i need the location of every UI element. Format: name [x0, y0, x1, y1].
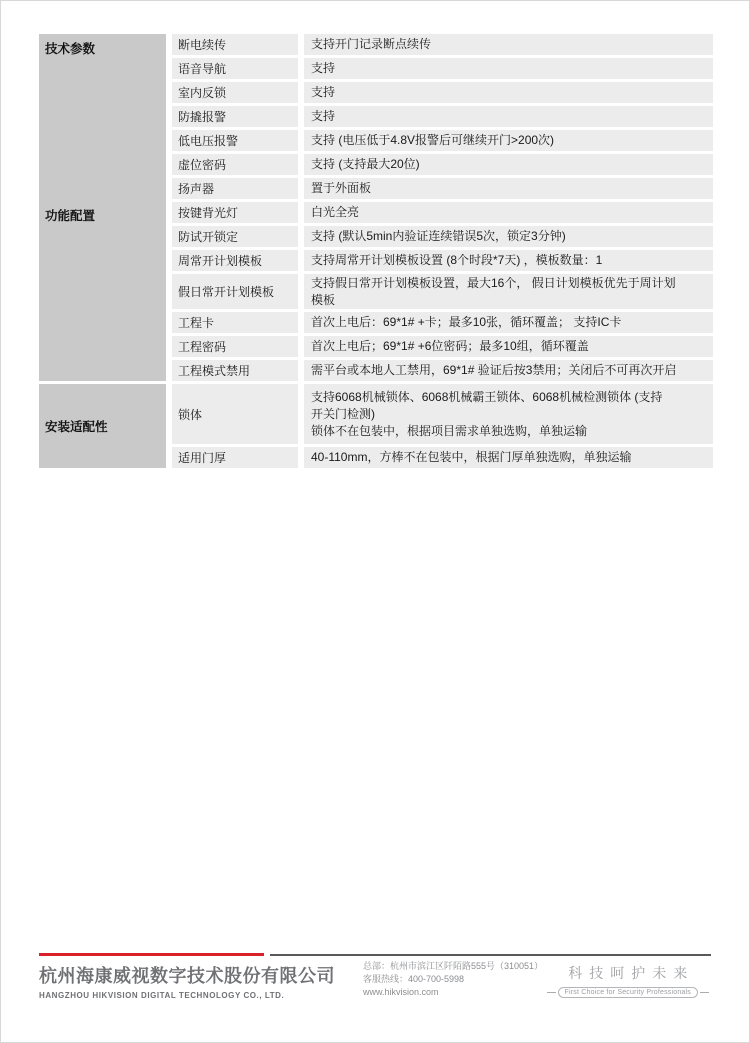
slogan-text: 科技呵护未来 [547, 963, 716, 983]
param-value-cell: 首次上电后：69*1# +卡；最多10张，循环覆盖； 支持IC卡 [304, 312, 713, 333]
param-value-cell: 支持6068机械锁体、6068机械霸王锁体、6068机械检测锁体 (支持 开关门… [304, 384, 713, 444]
slogan-dash-left-icon [547, 992, 556, 993]
param-name-cell: 工程密码 [172, 336, 298, 357]
param-value-cell: 支持 [304, 106, 713, 127]
param-value-cell: 白光全亮 [304, 202, 713, 223]
param-value-cell: 需平台或本地人工禁用，69*1# 验证后按3禁用；关闭后不可再次开启 [304, 360, 713, 381]
param-value-cell: 置于外面板 [304, 178, 713, 199]
category-cell-tech-params: 技术参数功能配置 [39, 34, 166, 381]
param-name-cell: 断电续传 [172, 34, 298, 55]
param-value-cell: 支持假日常开计划模板设置，最大16个， 假日计划模板优先于周计划 模板 [304, 274, 713, 309]
param-value-cell: 支持周常开计划模板设置 (8个时段*7天) ，模板数量：1 [304, 250, 713, 271]
datasheet-page: 技术参数功能配置安装适配性断电续传支持开门记录断点续传语音导航支持室内反锁支持防… [0, 0, 750, 1043]
company-name-cn: 杭州海康威视数字技术股份有限公司 [39, 962, 335, 988]
company-block: 杭州海康威视数字技术股份有限公司 HANGZHOU HIKVISION DIGI… [39, 962, 335, 1000]
param-value-cell: 40-110mm，方棒不在包装中，根据门厚单独选购，单独运输 [304, 447, 713, 468]
website-url: www.hikvision.com [363, 986, 543, 999]
param-name-cell: 按键背光灯 [172, 202, 298, 223]
param-name-cell: 扬声器 [172, 178, 298, 199]
slogan-en-pill: First Choice for Security Professionals [558, 987, 698, 998]
spec-table: 技术参数功能配置安装适配性断电续传支持开门记录断点续传语音导航支持室内反锁支持防… [39, 34, 713, 468]
param-name-cell: 周常开计划模板 [172, 250, 298, 271]
divider-gray-segment [270, 954, 711, 956]
param-value-cell: 支持 (默认5min内验证连续错误5次，锁定3分钟) [304, 226, 713, 247]
category-label: 技术参数 [45, 39, 95, 57]
param-name-cell: 室内反锁 [172, 82, 298, 103]
hq-address: 总部：杭州市滨江区阡陌路555号（310051） [363, 960, 543, 973]
divider-red-segment [39, 953, 264, 956]
category-cell-install: 安装适配性 [39, 384, 166, 468]
contact-block: 总部：杭州市滨江区阡陌路555号（310051） 客服热线：400-700-59… [363, 960, 543, 999]
company-name-en: HANGZHOU HIKVISION DIGITAL TECHNOLOGY CO… [39, 991, 335, 1000]
page-footer: 杭州海康威视数字技术股份有限公司 HANGZHOU HIKVISION DIGI… [39, 953, 711, 1015]
param-value-cell: 支持 (支持最大20位) [304, 154, 713, 175]
param-value-cell: 支持开门记录断点续传 [304, 34, 713, 55]
param-value-cell: 支持 [304, 58, 713, 79]
footer-divider [39, 953, 711, 957]
param-name-cell: 虚位密码 [172, 154, 298, 175]
category-label: 功能配置 [45, 206, 95, 224]
param-name-cell: 工程卡 [172, 312, 298, 333]
category-label: 安装适配性 [45, 417, 108, 435]
param-name-cell: 适用门厚 [172, 447, 298, 468]
param-name-cell: 低电压报警 [172, 130, 298, 151]
service-hotline: 客服热线：400-700-5998 [363, 973, 543, 986]
param-name-cell: 防撬报警 [172, 106, 298, 127]
param-value-cell: 支持 [304, 82, 713, 103]
slogan-dash-right-icon [700, 992, 709, 993]
param-name-cell: 防试开锁定 [172, 226, 298, 247]
slogan-subtext: First Choice for Security Professionals [547, 987, 709, 998]
param-name-cell: 工程模式禁用 [172, 360, 298, 381]
param-name-cell: 假日常开计划模板 [172, 274, 298, 309]
slogan-block: 科技呵护未来 First Choice for Security Profess… [547, 963, 709, 998]
param-name-cell: 锁体 [172, 384, 298, 444]
param-value-cell: 支持 (电压低于4.8V报警后可继续开门>200次) [304, 130, 713, 151]
param-name-cell: 语音导航 [172, 58, 298, 79]
param-value-cell: 首次上电后；69*1# +6位密码；最多10组，循环覆盖 [304, 336, 713, 357]
